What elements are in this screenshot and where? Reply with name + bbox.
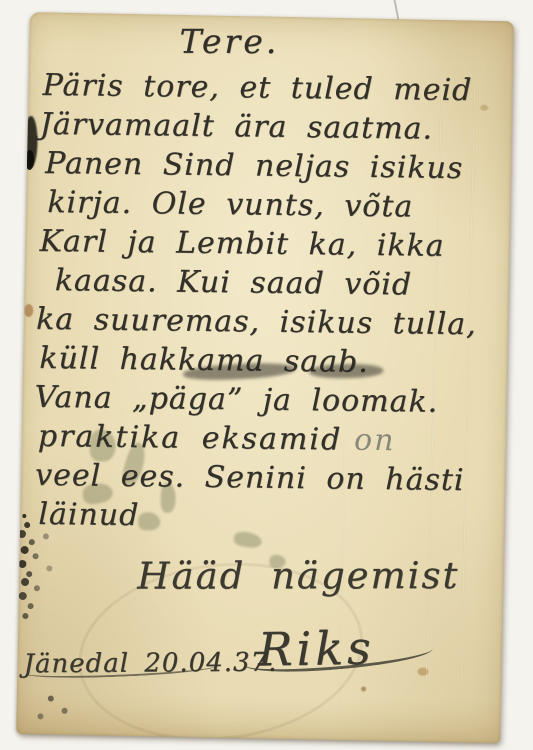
fox-spot (24, 304, 33, 317)
closing-greeting: Hääd nägemist (137, 554, 459, 598)
message-line: Vana „päga” ja loomak. (34, 378, 498, 423)
message-line: veel ees. Senini on hästi (35, 456, 497, 501)
message-line: Päris tore, et tuled meid (42, 66, 504, 111)
message-line: kaasa. Kui saad võid (55, 261, 501, 305)
message-line: kirja. Ole vunts, võta (47, 183, 502, 228)
postmark-speckles (22, 514, 26, 518)
message-line: ka suuremas, isikus tulla, (36, 300, 500, 345)
message-line-fragment: praktika eksamid (38, 419, 343, 458)
salutation: Tere. (179, 22, 279, 61)
place-and-date: Jänedal 20.04.37. (23, 648, 277, 680)
message-line: Karl ja Lembit ka, ikka (39, 222, 501, 267)
message-line: läinud (38, 495, 496, 540)
message-line: küll hakkama saab. (39, 339, 499, 384)
postcard: Tere. Päris tore, et tuled meid Järvamaa… (16, 12, 514, 743)
fox-spot (361, 686, 366, 691)
message-line: praktika eksamidon (38, 417, 498, 462)
message-body: Päris tore, et tuled meid Järvamaalt ära… (32, 64, 505, 541)
ink-smudge (25, 150, 34, 170)
scan-background: Tere. Päris tore, et tuled meid Järvamaa… (0, 0, 533, 750)
message-line: Panen Sind neljas isikus (45, 144, 503, 189)
message-line: Järvamaalt ära saatma. (40, 105, 504, 150)
faded-word: on (354, 423, 396, 459)
